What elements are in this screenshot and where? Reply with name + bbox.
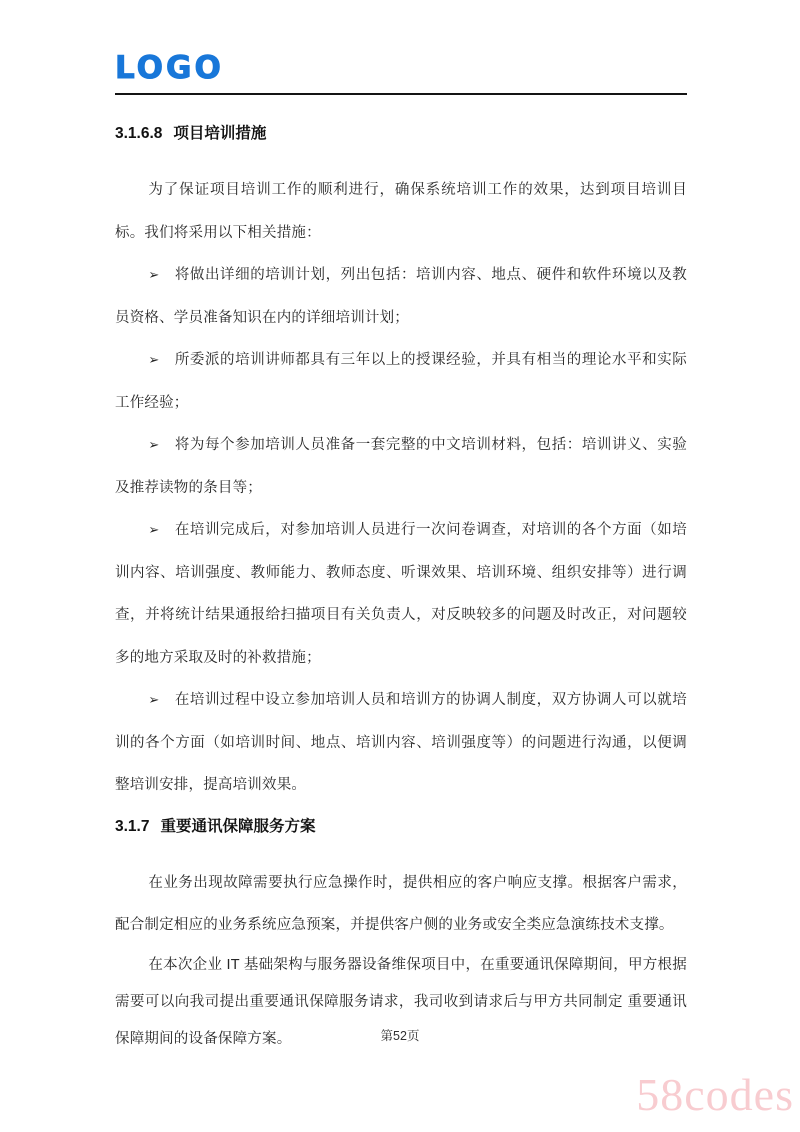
company-logo: LOGO — [115, 50, 224, 86]
bullet-arrow-icon: ➢ — [148, 267, 159, 282]
bullet-arrow-icon: ➢ — [148, 692, 159, 707]
bullet-arrow-icon: ➢ — [148, 522, 159, 537]
heading-number: 3.1.7 — [115, 818, 149, 835]
page-header: LOGO — [115, 50, 687, 95]
page-number: 第52页 — [0, 1026, 800, 1044]
document-body: 3.1.6.8项目培训措施为了保证项目培训工作的顺利进行，确保系统培训工作的效果… — [115, 114, 687, 1058]
bullet-paragraph: ➢所委派的培训讲师都具有三年以上的授课经验，并具有相当的理论水平和实际工作经验； — [115, 339, 687, 424]
section-heading: 3.1.7重要通讯保障服务方案 — [115, 817, 687, 837]
bullet-paragraph: ➢将为每个参加培训人员准备一套完整的中文培训材料，包括：培训讲义、实验及推荐读物… — [115, 424, 687, 509]
heading-title: 重要通讯保障服务方案 — [160, 818, 315, 835]
paragraph: 在业务出现故障需要执行应急操作时，提供相应的客户响应支撑。根据客户需求，配合制定… — [115, 862, 687, 947]
watermark: 58codes — [636, 1068, 794, 1121]
paragraph: 为了保证项目培训工作的顺利进行，确保系统培训工作的效果，达到项目培训目标。我们将… — [115, 169, 687, 254]
bullet-arrow-icon: ➢ — [148, 437, 159, 452]
bullet-paragraph: ➢将做出详细的培训计划，列出包括：培训内容、地点、硬件和软件环境以及教员资格、学… — [115, 254, 687, 339]
section-heading: 3.1.6.8项目培训措施 — [115, 124, 687, 144]
heading-number: 3.1.6.8 — [115, 125, 162, 142]
document-page: LOGO 3.1.6.8项目培训措施为了保证项目培训工作的顺利进行，确保系统培训… — [0, 0, 800, 1132]
bullet-paragraph: ➢在培训完成后，对参加培训人员进行一次问卷调查，对培训的各个方面（如培训内容、培… — [115, 509, 687, 679]
header-divider — [115, 93, 687, 95]
bullet-paragraph: ➢在培训过程中设立参加培训人员和培训方的协调人制度，双方协调人可以就培训的各个方… — [115, 679, 687, 807]
bullet-arrow-icon: ➢ — [148, 352, 159, 367]
heading-title: 项目培训措施 — [173, 125, 266, 142]
